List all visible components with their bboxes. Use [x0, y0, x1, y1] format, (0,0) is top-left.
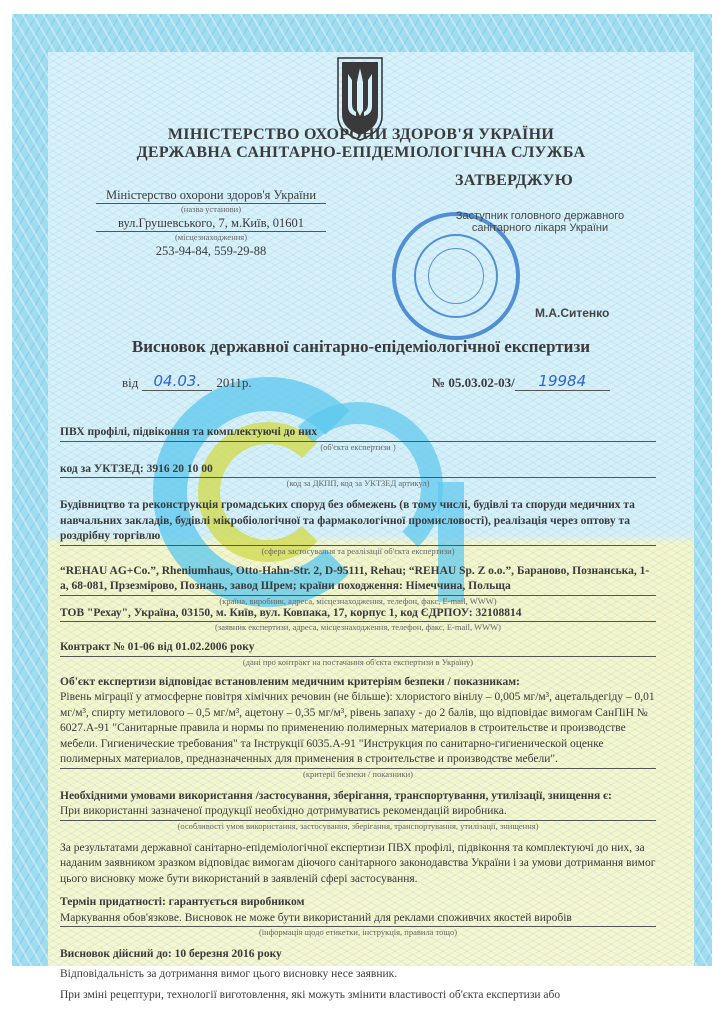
- approver-name: М.А.Ситенко: [535, 306, 609, 320]
- criteria-heading: Об'єкт експертизи відповідає встановлени…: [60, 675, 656, 691]
- approve-label: ЗАТВЕРДЖУЮ: [455, 172, 573, 190]
- scope-field: Будівництво та реконструкція громадських…: [60, 498, 656, 546]
- code-field: код за УКТЗЕД: 3916 20 10 00: [60, 462, 656, 479]
- institution-address: вул.Грушевського, 7, м.Київ, 01601: [96, 216, 326, 232]
- applicant-field: ТОВ "Рехау", Україна, 03150, м. Київ, ву…: [60, 606, 656, 623]
- approver-position-1: Заступник головного державного: [430, 210, 650, 222]
- date-value: 04.03.: [142, 372, 212, 391]
- institution-name: Міністерство охорони здоров'я України: [96, 188, 326, 204]
- institution-phones: 253-94-84, 559-29-88: [96, 244, 326, 259]
- approver-position-2: санітарного лікаря України: [430, 222, 650, 234]
- shelf-life-heading: Термін придатності: гарантується виробни…: [60, 895, 656, 911]
- valid-until: Висновок дійсний до: 10 березня 2016 рок…: [60, 947, 656, 963]
- conditions-heading: Необхідними умовами використання /застос…: [60, 789, 656, 805]
- manufacturer-field: “REHAU AG+Co.”, Rheniumhaus, Otto-Hahn-S…: [60, 564, 656, 596]
- changes-text: При зміні рецептури, технології виготовл…: [60, 988, 656, 1004]
- conclusion-text: За результатами державної санітарно-епід…: [60, 841, 656, 888]
- document-title: Висновок державної санітарно-епідеміолог…: [0, 337, 722, 357]
- responsibility-text: Відповідальність за дотримання вимог цьо…: [60, 967, 656, 983]
- conditions-text: При використанні зазначеної продукції не…: [60, 804, 656, 821]
- contract-field: Контракт № 01-06 від 01.02.2006 року: [60, 640, 656, 657]
- criteria-text: Рівень міграції у атмосферне повітря хім…: [60, 690, 656, 769]
- object-field: ПВХ профілі, підвіконня та комплектуючі …: [60, 425, 656, 442]
- service-title: ДЕРЖАВНА САНІТАРНО-ЕПІДЕМІОЛОГІЧНА СЛУЖБ…: [0, 144, 722, 162]
- ministry-title: МІНІСТЕРСТВО ОХОРОНИ ЗДОРОВ'Я УКРАЇНИ: [0, 126, 722, 144]
- registration-number: 19984: [515, 372, 610, 391]
- shelf-life-text: Маркування обов'язкове. Висновок не може…: [60, 911, 656, 928]
